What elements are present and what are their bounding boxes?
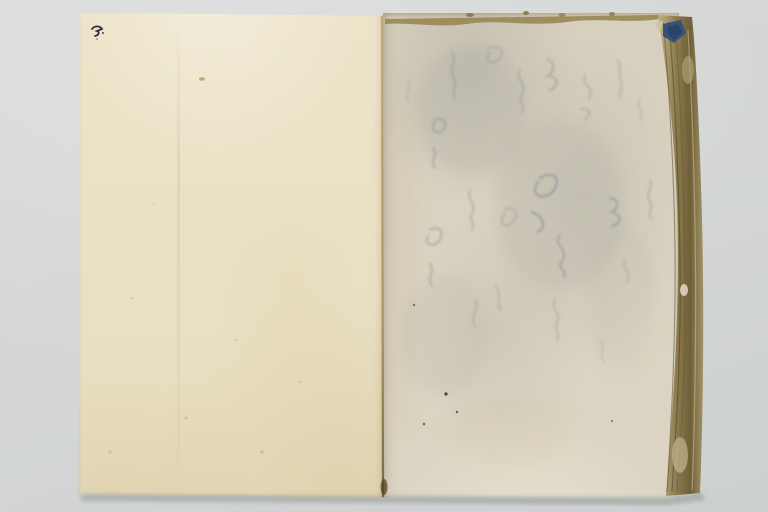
open-book (78, 13, 702, 498)
left-page-crease (177, 13, 180, 498)
left-page (78, 13, 383, 498)
photo-stage (0, 0, 768, 512)
right-page (383, 13, 679, 498)
